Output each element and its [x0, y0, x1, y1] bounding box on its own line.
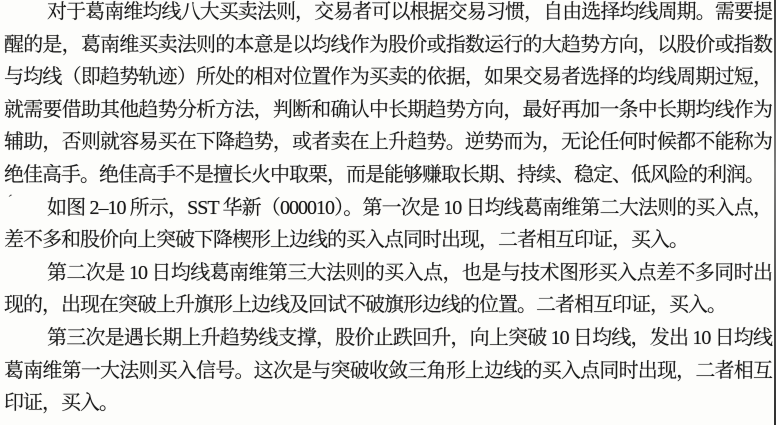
- paragraph-first-buy-point: 如图 2–10 所示，SST 华新（000010）。第一次是 10 日均线葛南维…: [4, 192, 772, 257]
- paragraph-second-buy-point: 第二次是 10 日均线葛南维第三大法则的买入点，也是与技术图形买入点差不多同时出…: [4, 257, 772, 322]
- paragraph-granville-rules-overview: 对于葛南维均线八大买卖法则，交易者可以根据交易习惯，自由选择均线周期。需要提醒的…: [4, 0, 772, 192]
- body-text: 对于葛南维均线八大买卖法则，交易者可以根据交易习惯，自由选择均线周期。需要提醒的…: [4, 0, 772, 420]
- paragraph-third-buy-point: 第三次是遇长期上升趋势线支撑，股价止跌回升，向上突破 10 日均线，发出 10 …: [4, 322, 772, 420]
- document-page: 对于葛南维均线八大买卖法则，交易者可以根据交易习惯，自由选择均线周期。需要提醒的…: [0, 0, 776, 425]
